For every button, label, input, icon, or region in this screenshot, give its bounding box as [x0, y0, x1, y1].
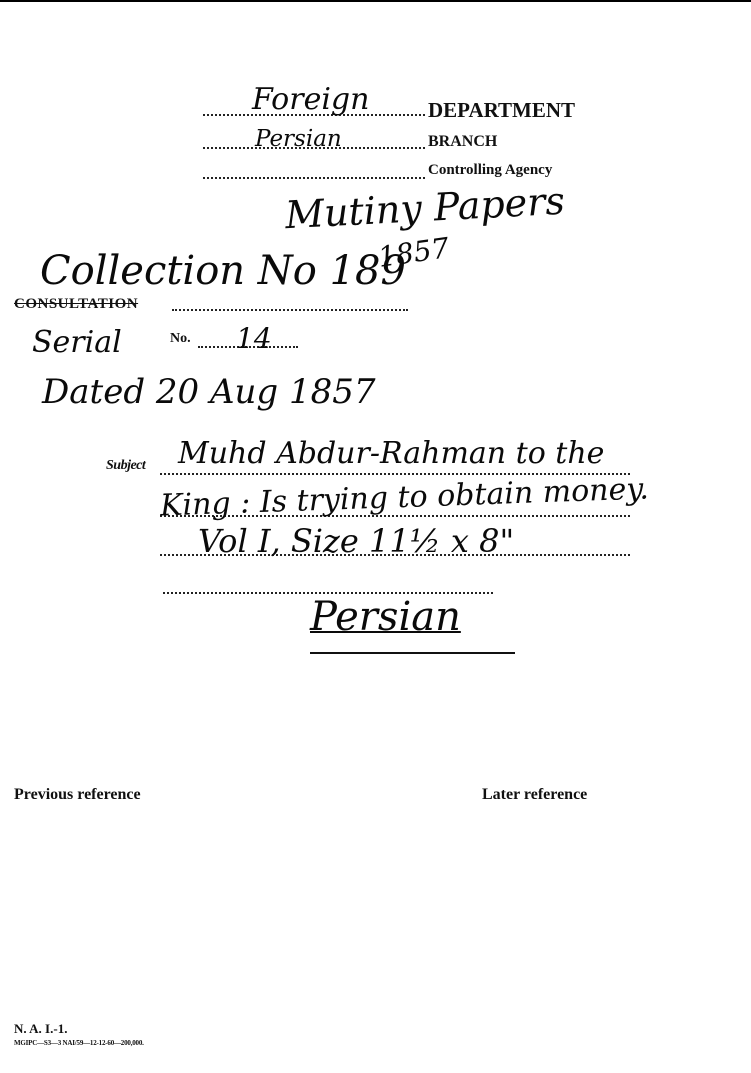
subject-label: Subject	[106, 458, 145, 474]
later-reference-label: Later reference	[482, 786, 587, 804]
consultation-label-struck: CONSULTATION	[14, 296, 138, 313]
consultation-dotted-line	[172, 309, 408, 311]
branch-handwritten: Persian	[255, 126, 342, 152]
dated-handwritten: Dated 20 Aug 1857	[42, 372, 376, 412]
language-double-underline	[310, 652, 515, 654]
department-label: DEPARTMENT	[428, 98, 575, 123]
top-border	[0, 0, 751, 2]
serial-no-label: No.	[170, 331, 191, 347]
serial-handwritten: Serial	[32, 325, 122, 360]
mutiny-papers-annotation: Mutiny Papers	[284, 179, 566, 238]
language-handwritten: Persian	[310, 594, 461, 640]
serial-number-value: 14	[236, 322, 272, 355]
print-line: MGIPC—S3—3 NAI/59—12-12-60—200,000.	[14, 1039, 144, 1047]
previous-reference-label: Previous reference	[14, 786, 141, 804]
subject-line-1: Muhd Abdur-Rahman to the	[178, 436, 604, 471]
form-id: N. A. I.-1.	[14, 1021, 67, 1037]
branch-label: BRANCH	[428, 133, 497, 151]
agency-dotted-line	[203, 177, 425, 179]
collection-handwritten: Collection No 189	[40, 248, 406, 294]
subject-line-3: Vol I, Size 11½ x 8"	[198, 522, 514, 560]
controlling-agency-label: Controlling Agency	[428, 162, 552, 179]
department-handwritten: Foreign	[252, 82, 369, 117]
